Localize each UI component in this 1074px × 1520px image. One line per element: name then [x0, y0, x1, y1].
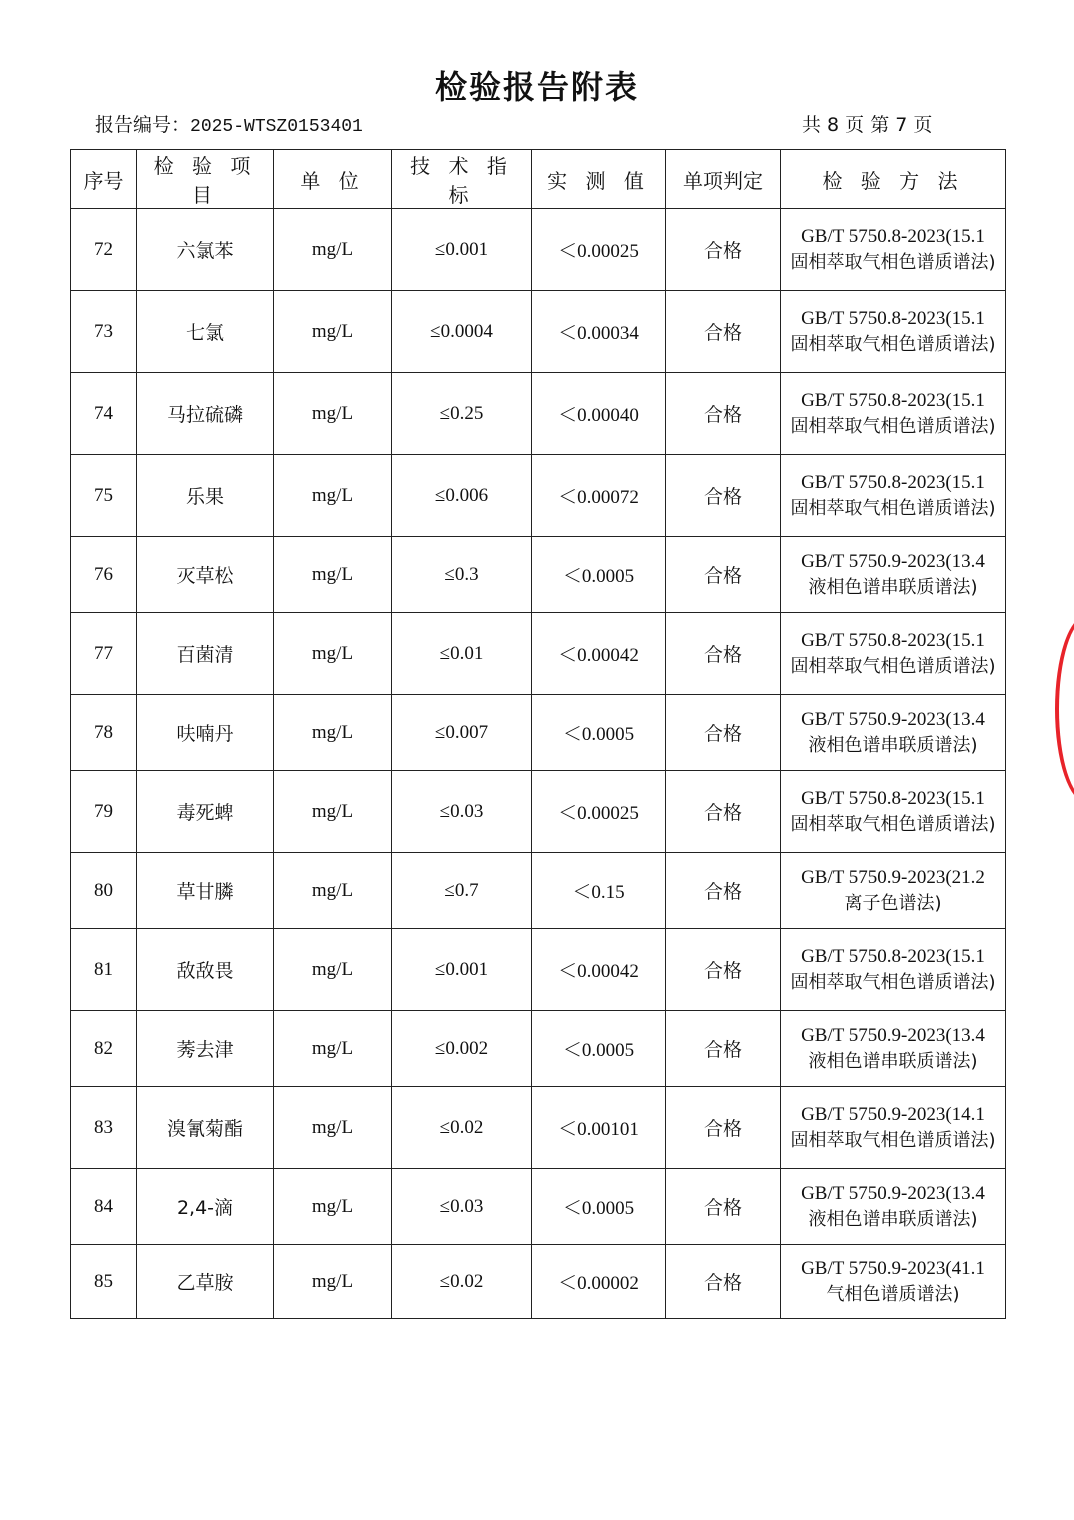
row-limit: ≤0.3	[392, 537, 532, 613]
method-description: 固相萃取气相色谱质谱法)	[784, 250, 1002, 276]
table-row: 77百菌清mg/L≤0.01＜0.00042合格GB/T 5750.8-2023…	[71, 613, 1006, 695]
row-no: 75	[71, 455, 137, 537]
row-result: 合格	[666, 613, 781, 695]
row-limit: ≤0.001	[392, 209, 532, 291]
report-number-label: 报告编号：	[95, 114, 190, 136]
row-value: ＜0.00072	[532, 455, 666, 537]
row-limit: ≤0.002	[392, 1011, 532, 1087]
table-row: 842,4-滴mg/L≤0.03＜0.0005合格GB/T 5750.9-202…	[71, 1169, 1006, 1245]
row-no: 72	[71, 209, 137, 291]
method-description: 固相萃取气相色谱质谱法)	[784, 970, 1002, 996]
method-standard: GB/T 5750.8-2023(15.1	[784, 388, 1002, 414]
method-standard: GB/T 5750.8-2023(15.1	[784, 224, 1002, 250]
row-result: 合格	[666, 291, 781, 373]
row-item: 呋喃丹	[137, 695, 274, 771]
row-unit: mg/L	[274, 455, 392, 537]
method-description: 液相色谱串联质谱法)	[784, 1207, 1002, 1233]
row-item: 七氯	[137, 291, 274, 373]
row-no: 84	[71, 1169, 137, 1245]
row-no: 81	[71, 929, 137, 1011]
method-description: 固相萃取气相色谱质谱法)	[784, 332, 1002, 358]
row-value: ＜0.00101	[532, 1087, 666, 1169]
row-value: ＜0.00002	[532, 1245, 666, 1319]
col-header-value: 实 测 值	[532, 150, 666, 209]
col-header-method: 检 验 方 法	[781, 150, 1006, 209]
method-standard: GB/T 5750.9-2023(41.1	[784, 1256, 1002, 1282]
row-method: GB/T 5750.9-2023(13.4液相色谱串联质谱法)	[781, 537, 1006, 613]
row-value: ＜0.0005	[532, 537, 666, 613]
table-row: 85乙草胺mg/L≤0.02＜0.00002合格GB/T 5750.9-2023…	[71, 1245, 1006, 1319]
table-header-row: 序号 检 验 项 目 单 位 技 术 指 标 实 测 值 单项判定 检 验 方 …	[71, 150, 1006, 209]
row-unit: mg/L	[274, 1087, 392, 1169]
row-unit: mg/L	[274, 771, 392, 853]
row-value: ＜0.0005	[532, 1169, 666, 1245]
row-unit: mg/L	[274, 853, 392, 929]
method-description: 液相色谱串联质谱法)	[784, 1049, 1002, 1075]
row-result: 合格	[666, 373, 781, 455]
page-indicator: 共 8 页 第 7 页	[802, 110, 932, 137]
row-method: GB/T 5750.9-2023(13.4液相色谱串联质谱法)	[781, 1011, 1006, 1087]
table-row: 81敌敌畏mg/L≤0.001＜0.00042合格GB/T 5750.8-202…	[71, 929, 1006, 1011]
row-limit: ≤0.25	[392, 373, 532, 455]
table-row: 82莠去津mg/L≤0.002＜0.0005合格GB/T 5750.9-2023…	[71, 1011, 1006, 1087]
method-standard: GB/T 5750.8-2023(15.1	[784, 944, 1002, 970]
row-limit: ≤0.01	[392, 613, 532, 695]
method-description: 离子色谱法)	[784, 891, 1002, 917]
row-item: 2,4-滴	[137, 1169, 274, 1245]
row-unit: mg/L	[274, 1245, 392, 1319]
method-description: 液相色谱串联质谱法)	[784, 733, 1002, 759]
row-result: 合格	[666, 929, 781, 1011]
row-method: GB/T 5750.9-2023(41.1气相色谱质谱法)	[781, 1245, 1006, 1319]
col-header-item: 检 验 项 目	[137, 150, 274, 209]
method-standard: GB/T 5750.8-2023(15.1	[784, 786, 1002, 812]
method-standard: GB/T 5750.9-2023(13.4	[784, 1181, 1002, 1207]
document-title: 检验报告附表	[0, 62, 1074, 108]
row-method: GB/T 5750.8-2023(15.1固相萃取气相色谱质谱法)	[781, 613, 1006, 695]
row-result: 合格	[666, 853, 781, 929]
row-method: GB/T 5750.9-2023(13.4液相色谱串联质谱法)	[781, 695, 1006, 771]
row-unit: mg/L	[274, 373, 392, 455]
table-row: 74马拉硫磷mg/L≤0.25＜0.00040合格GB/T 5750.8-202…	[71, 373, 1006, 455]
row-no: 74	[71, 373, 137, 455]
method-standard: GB/T 5750.9-2023(14.1	[784, 1102, 1002, 1128]
row-no: 73	[71, 291, 137, 373]
table-row: 79毒死蜱mg/L≤0.03＜0.00025合格GB/T 5750.8-2023…	[71, 771, 1006, 853]
method-description: 固相萃取气相色谱质谱法)	[784, 496, 1002, 522]
row-result: 合格	[666, 537, 781, 613]
row-method: GB/T 5750.9-2023(13.4液相色谱串联质谱法)	[781, 1169, 1006, 1245]
method-standard: GB/T 5750.9-2023(13.4	[784, 549, 1002, 575]
row-method: GB/T 5750.8-2023(15.1固相萃取气相色谱质谱法)	[781, 929, 1006, 1011]
row-unit: mg/L	[274, 695, 392, 771]
row-value: ＜0.00042	[532, 613, 666, 695]
row-result: 合格	[666, 1011, 781, 1087]
row-method: GB/T 5750.8-2023(15.1固相萃取气相色谱质谱法)	[781, 771, 1006, 853]
row-result: 合格	[666, 771, 781, 853]
row-limit: ≤0.7	[392, 853, 532, 929]
row-limit: ≤0.02	[392, 1245, 532, 1319]
red-seal-stamp	[1055, 615, 1074, 803]
row-item: 六氯苯	[137, 209, 274, 291]
table-row: 75乐果mg/L≤0.006＜0.00072合格GB/T 5750.8-2023…	[71, 455, 1006, 537]
method-standard: GB/T 5750.9-2023(13.4	[784, 1023, 1002, 1049]
row-limit: ≤0.02	[392, 1087, 532, 1169]
table-row: 78呋喃丹mg/L≤0.007＜0.0005合格GB/T 5750.9-2023…	[71, 695, 1006, 771]
row-unit: mg/L	[274, 537, 392, 613]
row-unit: mg/L	[274, 209, 392, 291]
row-unit: mg/L	[274, 929, 392, 1011]
method-standard: GB/T 5750.9-2023(21.2	[784, 865, 1002, 891]
row-value: ＜0.0005	[532, 695, 666, 771]
method-description: 固相萃取气相色谱质谱法)	[784, 414, 1002, 440]
row-method: GB/T 5750.9-2023(14.1固相萃取气相色谱质谱法)	[781, 1087, 1006, 1169]
row-item: 敌敌畏	[137, 929, 274, 1011]
row-unit: mg/L	[274, 1169, 392, 1245]
col-header-limit: 技 术 指 标	[392, 150, 532, 209]
row-item: 乐果	[137, 455, 274, 537]
row-limit: ≤0.03	[392, 1169, 532, 1245]
row-item: 莠去津	[137, 1011, 274, 1087]
method-description: 液相色谱串联质谱法)	[784, 575, 1002, 601]
row-no: 76	[71, 537, 137, 613]
row-method: GB/T 5750.9-2023(21.2离子色谱法)	[781, 853, 1006, 929]
method-description: 固相萃取气相色谱质谱法)	[784, 812, 1002, 838]
method-standard: GB/T 5750.8-2023(15.1	[784, 470, 1002, 496]
row-method: GB/T 5750.8-2023(15.1固相萃取气相色谱质谱法)	[781, 455, 1006, 537]
report-number-value: 2025-WTSZ0153401	[190, 117, 363, 137]
row-no: 85	[71, 1245, 137, 1319]
row-value: ＜0.00040	[532, 373, 666, 455]
method-standard: GB/T 5750.8-2023(15.1	[784, 306, 1002, 332]
row-value: ＜0.00042	[532, 929, 666, 1011]
row-item: 灭草松	[137, 537, 274, 613]
row-no: 78	[71, 695, 137, 771]
method-description: 气相色谱质谱法)	[784, 1282, 1002, 1308]
row-limit: ≤0.03	[392, 771, 532, 853]
row-result: 合格	[666, 695, 781, 771]
method-standard: GB/T 5750.8-2023(15.1	[784, 628, 1002, 654]
method-description: 固相萃取气相色谱质谱法)	[784, 1128, 1002, 1154]
row-result: 合格	[666, 1169, 781, 1245]
row-value: ＜0.00025	[532, 209, 666, 291]
table-row: 80草甘膦mg/L≤0.7＜0.15合格GB/T 5750.9-2023(21.…	[71, 853, 1006, 929]
col-header-result: 单项判定	[666, 150, 781, 209]
table-row: 83溴氰菊酯mg/L≤0.02＜0.00101合格GB/T 5750.9-202…	[71, 1087, 1006, 1169]
report-number: 报告编号：2025-WTSZ0153401	[95, 110, 363, 137]
col-header-unit: 单 位	[274, 150, 392, 209]
row-result: 合格	[666, 1087, 781, 1169]
table-row: 76灭草松mg/L≤0.3＜0.0005合格GB/T 5750.9-2023(1…	[71, 537, 1006, 613]
row-value: ＜0.00034	[532, 291, 666, 373]
row-unit: mg/L	[274, 613, 392, 695]
row-limit: ≤0.0004	[392, 291, 532, 373]
row-value: ＜0.0005	[532, 1011, 666, 1087]
row-item: 乙草胺	[137, 1245, 274, 1319]
row-result: 合格	[666, 1245, 781, 1319]
table-row: 72六氯苯mg/L≤0.001＜0.00025合格GB/T 5750.8-202…	[71, 209, 1006, 291]
row-no: 82	[71, 1011, 137, 1087]
row-item: 溴氰菊酯	[137, 1087, 274, 1169]
row-method: GB/T 5750.8-2023(15.1固相萃取气相色谱质谱法)	[781, 291, 1006, 373]
row-item: 草甘膦	[137, 853, 274, 929]
row-no: 79	[71, 771, 137, 853]
row-value: ＜0.00025	[532, 771, 666, 853]
row-no: 77	[71, 613, 137, 695]
row-unit: mg/L	[274, 291, 392, 373]
method-standard: GB/T 5750.9-2023(13.4	[784, 707, 1002, 733]
table-row: 73七氯mg/L≤0.0004＜0.00034合格GB/T 5750.8-202…	[71, 291, 1006, 373]
row-method: GB/T 5750.8-2023(15.1固相萃取气相色谱质谱法)	[781, 209, 1006, 291]
row-limit: ≤0.007	[392, 695, 532, 771]
row-result: 合格	[666, 209, 781, 291]
inspection-results-table: 序号 检 验 项 目 单 位 技 术 指 标 实 测 值 单项判定 检 验 方 …	[70, 149, 1006, 1319]
row-limit: ≤0.006	[392, 455, 532, 537]
row-limit: ≤0.001	[392, 929, 532, 1011]
row-method: GB/T 5750.8-2023(15.1固相萃取气相色谱质谱法)	[781, 373, 1006, 455]
row-value: ＜0.15	[532, 853, 666, 929]
row-item: 马拉硫磷	[137, 373, 274, 455]
row-result: 合格	[666, 455, 781, 537]
row-item: 毒死蜱	[137, 771, 274, 853]
row-no: 83	[71, 1087, 137, 1169]
row-unit: mg/L	[274, 1011, 392, 1087]
method-description: 固相萃取气相色谱质谱法)	[784, 654, 1002, 680]
row-item: 百菌清	[137, 613, 274, 695]
row-no: 80	[71, 853, 137, 929]
col-header-no: 序号	[71, 150, 137, 209]
